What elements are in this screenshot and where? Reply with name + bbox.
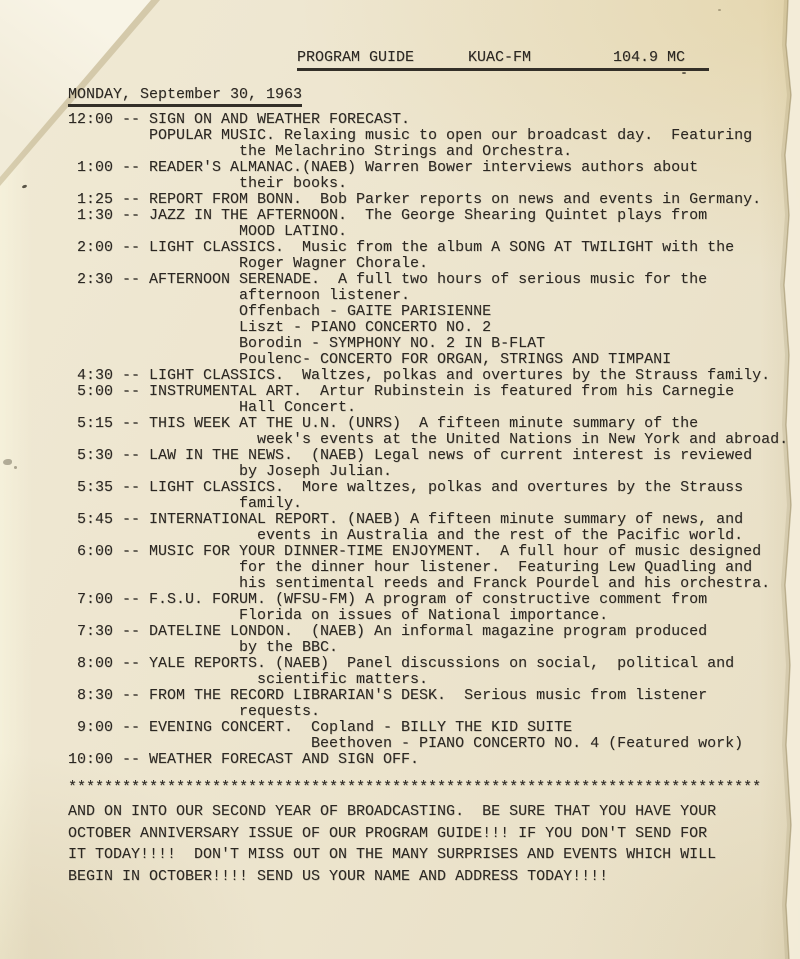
schedule-entry: 2:00 -- LIGHT CLASSICS. Music from the a… <box>68 240 788 272</box>
date-heading: MONDAY, September 30, 1963 <box>68 86 302 103</box>
ink-speck <box>3 459 12 465</box>
schedule-entry: 10:00 -- WEATHER FORECAST AND SIGN OFF. <box>68 752 788 768</box>
schedule-entry: 1:30 -- JAZZ IN THE AFTERNOON. The Georg… <box>68 208 788 240</box>
header-title: PROGRAM GUIDE <box>297 49 414 66</box>
header-station-callsign: KUAC-FM <box>468 49 531 66</box>
schedule-entry: 12:00 -- SIGN ON AND WEATHER FORECAST. P… <box>68 112 788 160</box>
schedule-entry: 6:00 -- MUSIC FOR YOUR DINNER-TIME ENJOY… <box>68 544 788 592</box>
schedule-entry: 5:30 -- LAW IN THE NEWS. (NAEB) Legal ne… <box>68 448 788 480</box>
date-heading-text: MONDAY, September 30, 1963 <box>68 86 302 107</box>
schedule-entry: 5:15 -- THIS WEEK AT THE U.N. (UNRS) A f… <box>68 416 788 448</box>
schedule-entry: 5:00 -- INSTRUMENTAL ART. Artur Rubinste… <box>68 384 788 416</box>
schedule-entry: 5:45 -- INTERNATIONAL REPORT. (NAEB) A f… <box>68 512 788 544</box>
schedule-entry: 2:30 -- AFTERNOON SERENADE. A full two h… <box>68 272 788 368</box>
schedule-entry: 7:00 -- F.S.U. FORUM. (WFSU-FM) A progra… <box>68 592 788 624</box>
typewritten-content: PROGRAM GUIDE KUAC-FM 104.9 MC MONDAY, S… <box>68 0 792 959</box>
schedule-entry: 1:00 -- READER'S ALMANAC.(NAEB) Warren B… <box>68 160 788 192</box>
page-header: PROGRAM GUIDE KUAC-FM 104.9 MC <box>297 49 709 71</box>
asterisk-separator: ****************************************… <box>68 779 761 796</box>
schedule-entry: 9:00 -- EVENING CONCERT. Copland - BILLY… <box>68 720 788 752</box>
schedule-entry: 4:30 -- LIGHT CLASSICS. Waltzes, polkas … <box>68 368 788 384</box>
schedule-list: 12:00 -- SIGN ON AND WEATHER FORECAST. P… <box>68 112 788 768</box>
ink-speck <box>22 184 28 189</box>
schedule-entry: 8:00 -- YALE REPORTS. (NAEB) Panel discu… <box>68 656 788 688</box>
schedule-entry: 8:30 -- FROM THE RECORD LIBRARIAN'S DESK… <box>68 688 788 720</box>
ink-speck <box>14 466 17 469</box>
schedule-entry: 1:25 -- REPORT FROM BONN. Bob Parker rep… <box>68 192 788 208</box>
header-frequency: 104.9 MC <box>613 49 685 66</box>
schedule-entry: 5:35 -- LIGHT CLASSICS. More waltzes, po… <box>68 480 788 512</box>
schedule-entry: 7:30 -- DATELINE LONDON. (NAEB) An infor… <box>68 624 788 656</box>
scanned-program-guide-page: PROGRAM GUIDE KUAC-FM 104.9 MC MONDAY, S… <box>0 0 800 959</box>
footer-announcement: AND ON INTO OUR SECOND YEAR OF BROADCAST… <box>68 801 716 887</box>
